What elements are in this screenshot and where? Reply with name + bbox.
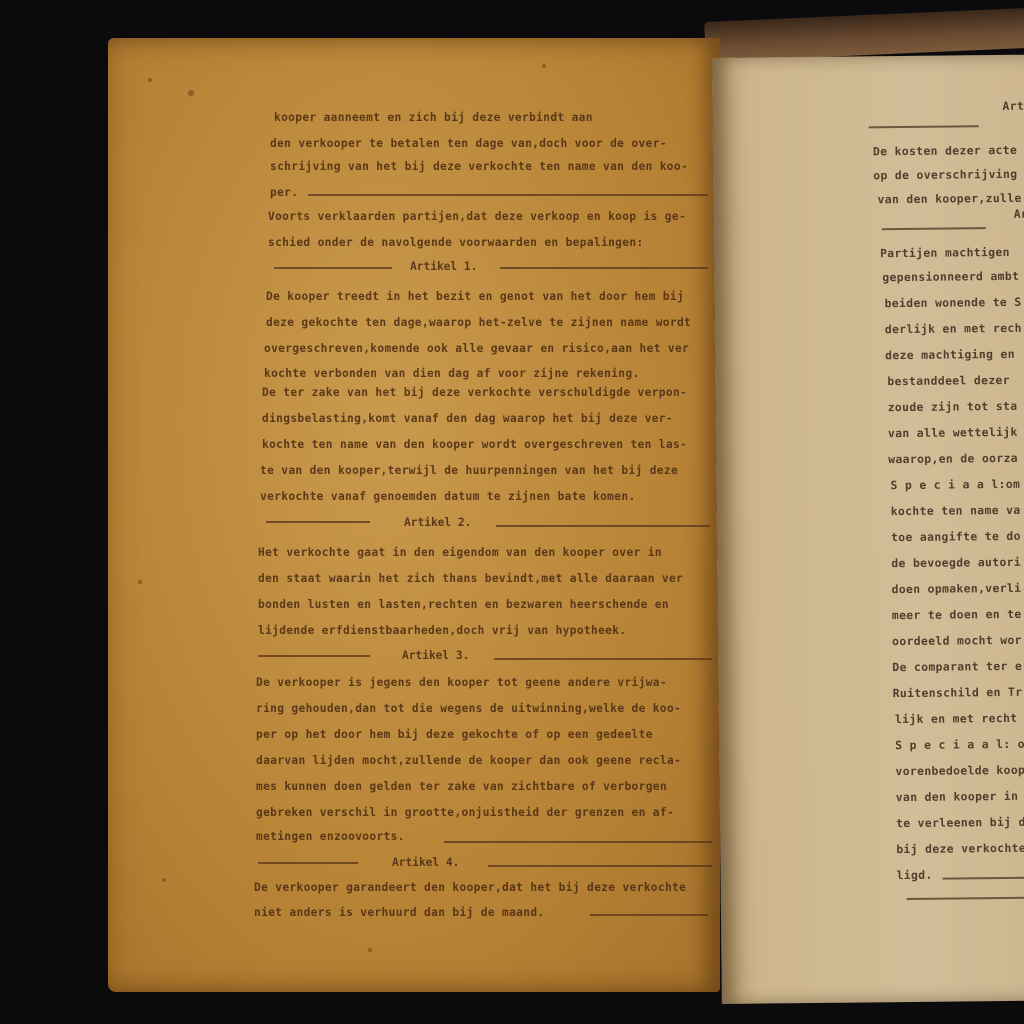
text-line: overgeschreven,komende ook alle gevaar e… <box>264 342 689 355</box>
text-line: deze machtiging en <box>885 347 1015 362</box>
fill-rule <box>494 658 712 660</box>
text-line: dingsbelasting,komt vanaf den dag waarop… <box>262 412 673 425</box>
text-line: toe aangifte te do <box>891 529 1021 544</box>
fill-rule <box>882 227 986 230</box>
text-line: oordeeld mocht wor <box>892 633 1022 648</box>
stain <box>542 64 546 68</box>
text-line: zoude zijn tot sta <box>888 399 1018 414</box>
text-line: De verkooper is jegens den kooper tot ge… <box>256 676 667 689</box>
text-line: metingen enzoovoorts. <box>256 830 405 843</box>
text-line: mes kunnen doen gelden ter zake van zich… <box>256 780 667 793</box>
stain <box>368 948 372 952</box>
fill-rule <box>308 194 708 196</box>
text-line: lijk en met recht <box>895 711 1018 726</box>
text-line: den verkooper te betalen ten dage van,do… <box>270 137 667 150</box>
text-line: deze gekochte ten dage,waarop het-zelve … <box>266 316 691 329</box>
text-line: te verleenen bij d <box>896 815 1024 830</box>
text-line: De ter zake van het bij deze verkochte v… <box>262 386 687 399</box>
text-line: De kosten dezer acte <box>873 143 1017 159</box>
text-line: Ruitenschild en Tr <box>893 685 1023 700</box>
text-line: van den kooper in <box>896 789 1019 804</box>
text-line: De verkooper garandeert den kooper,dat h… <box>254 881 686 894</box>
book-page-edge <box>704 8 1024 62</box>
text-line: daarvan lijden mocht,zullende de kooper … <box>256 754 681 767</box>
text-line: De comparant ter e <box>892 659 1022 674</box>
text-line: schied onder de navolgende voorwaarden e… <box>268 236 644 249</box>
stain <box>162 878 166 882</box>
stain <box>138 580 142 584</box>
text-line: ligd. <box>896 868 932 882</box>
text-line: van alle wettelijk <box>888 425 1018 440</box>
text-line: kochte ten name van den kooper wordt ove… <box>262 438 687 451</box>
text-line: kooper aanneemt en zich bij deze verbind… <box>274 111 593 124</box>
article-heading: Artikel 2. <box>404 516 471 529</box>
article-heading: Artikel 3. <box>402 649 469 662</box>
text-line: waarop,en de oorza <box>888 451 1018 466</box>
text-line: verkochte vanaf genoemden datum te zijne… <box>260 490 636 503</box>
right-page: Art De kosten dezer acte op de overschri… <box>712 55 1024 1004</box>
text-line: doen opmaken,verli <box>891 581 1021 596</box>
text-line: vorenbedoelde koop <box>895 763 1024 778</box>
text-line: Voorts verklaarden partijen,dat deze ver… <box>268 210 686 223</box>
fill-rule <box>488 865 712 867</box>
text-line: Partijen machtigen <box>880 245 1010 260</box>
text-line: bij deze verkochte <box>896 841 1024 856</box>
text-line: kochte verbonden van dien dag af voor zi… <box>264 367 640 380</box>
text-line: ring gehouden,dan tot die wegens de uitw… <box>256 702 681 715</box>
fill-rule <box>943 876 1024 879</box>
article-heading: Artikel 4. <box>392 856 459 869</box>
text-line: meer te doen en te <box>892 607 1022 622</box>
fill-rule <box>500 267 708 269</box>
fill-rule <box>258 655 370 657</box>
fill-rule <box>266 521 370 523</box>
fill-rule <box>869 125 979 128</box>
article-heading: Art <box>1002 99 1024 113</box>
fill-rule <box>907 896 1024 899</box>
text-line: schrijving van het bij deze verkochte te… <box>270 160 688 173</box>
text-line: van den kooper,zulle <box>877 191 1021 207</box>
text-line: bonden lusten en lasten,rechten en bezwa… <box>258 598 669 611</box>
text-line: S p e c i a a l: o <box>895 737 1024 752</box>
text-line: Het verkochte gaat in den eigendom van d… <box>258 546 662 559</box>
text-line: S p e c i a a l:om <box>890 477 1020 492</box>
text-line: bestanddeel dezer <box>887 373 1010 388</box>
text-line: per. <box>270 186 298 199</box>
stain <box>148 78 152 82</box>
text-line: per op het door hem bij deze gekochte of… <box>256 728 653 741</box>
fill-rule <box>258 862 358 864</box>
text-line: de bevoegde autori <box>891 555 1021 570</box>
article-heading: Artikel 1. <box>410 260 477 273</box>
text-line: beiden wonende te S <box>885 295 1022 310</box>
text-line: De kooper treedt in het bezit en genot v… <box>266 290 684 303</box>
text-line: kochte ten name va <box>891 503 1021 518</box>
text-line: lijdende erfdienstbaarheden,doch vrij va… <box>258 624 626 637</box>
text-line: op de overschrijving <box>873 167 1017 183</box>
fill-rule <box>496 525 710 527</box>
text-line: te van den kooper,terwijl de huurpenning… <box>260 464 678 477</box>
left-page: kooper aanneemt en zich bij deze verbind… <box>108 38 720 992</box>
text-line: den staat waarin het zich thans bevindt,… <box>258 572 683 585</box>
stain <box>188 90 194 96</box>
fill-rule <box>274 267 392 269</box>
text-line: gebreken verschil in grootte,onjuistheid… <box>256 806 674 819</box>
fill-rule <box>590 914 708 916</box>
article-heading: Ar <box>1014 207 1024 221</box>
text-line: niet anders is verhuurd dan bij de maand… <box>254 906 545 919</box>
text-line: derlijk en met rech <box>885 321 1022 336</box>
fill-rule <box>444 841 712 843</box>
text-line: gepensionneerd ambt <box>882 269 1019 284</box>
